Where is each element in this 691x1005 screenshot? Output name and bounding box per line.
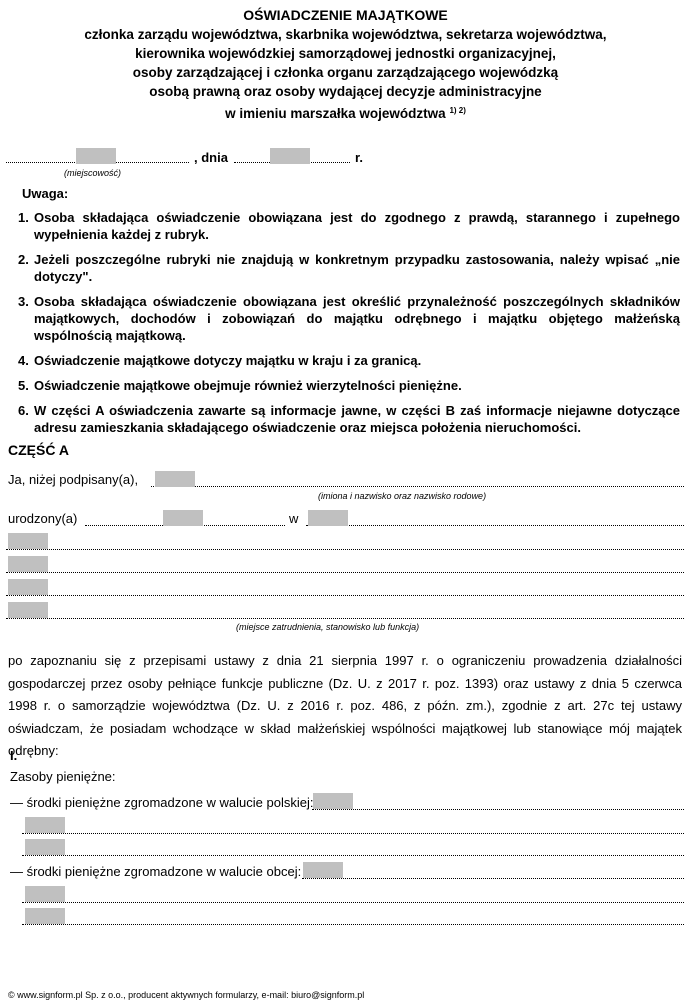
note-item: 5.Oświadczenie majątkowe obejmuje równie… <box>18 377 680 394</box>
pln-field-2[interactable] <box>25 817 65 833</box>
signed-line <box>151 486 684 487</box>
section-numeral: I. <box>10 748 17 763</box>
signed-name-field[interactable] <box>155 471 195 487</box>
year-suffix: r. <box>355 150 363 165</box>
foreign-label: — środki pieniężne zgromadzone w walucie… <box>10 864 301 879</box>
employment-field-2[interactable] <box>8 556 48 572</box>
pln-label: — środki pieniężne zgromadzone w walucie… <box>10 795 313 810</box>
signed-caption: (imiona i nazwisko oraz nazwisko rodowe) <box>318 491 486 501</box>
note-item: 4.Oświadczenie majątkowe dotyczy majątku… <box>18 352 680 369</box>
subtitle-line: kierownika wojewódzkiej samorządowej jed… <box>0 44 691 63</box>
note-item: 3.Osoba składająca oświadczenie obowiąza… <box>18 293 680 344</box>
footer-copyright: © www.signform.pl Sp. z o.o., producent … <box>8 990 364 1000</box>
notes-list: 1.Osoba składająca oświadczenie obowiąza… <box>18 209 680 436</box>
foreign-line <box>22 902 684 903</box>
employment-line <box>6 595 684 596</box>
employment-line <box>6 549 684 550</box>
employment-field-3[interactable] <box>8 579 48 595</box>
signed-label: Ja, niżej podpisany(a), <box>8 472 138 487</box>
note-item: 6.W części A oświadczenia zawarte są inf… <box>18 402 680 436</box>
foreign-field-3[interactable] <box>25 908 65 924</box>
born-in-label: w <box>289 511 298 526</box>
employment-line <box>6 618 684 619</box>
subtitle-line: osoby zarządzającej i członka organu zar… <box>0 63 691 82</box>
pln-field-3[interactable] <box>25 839 65 855</box>
pln-field-1[interactable] <box>313 793 353 809</box>
footnote-refs: 1) 2) <box>449 106 465 115</box>
note-item: 2.Jeżeli poszczególne rubryki nie znajdu… <box>18 251 680 285</box>
born-in-line <box>306 525 684 526</box>
born-date-field[interactable] <box>163 510 203 526</box>
subtitle-line: członka zarządu województwa, skarbnika w… <box>0 25 691 44</box>
foreign-line <box>302 878 684 879</box>
place-caption: (miejscowość) <box>64 168 121 178</box>
notes-heading: Uwaga: <box>22 186 68 201</box>
employment-field-4[interactable] <box>8 602 48 618</box>
part-a-heading: CZĘŚĆ A <box>8 442 69 458</box>
pln-line <box>22 833 684 834</box>
pln-line <box>22 855 684 856</box>
born-place-field[interactable] <box>308 510 348 526</box>
foreign-line <box>22 924 684 925</box>
employment-line <box>6 572 684 573</box>
declaration-paragraph: po zapoznaniu się z przepisami ustawy z … <box>8 650 682 763</box>
foreign-field-1[interactable] <box>303 862 343 878</box>
employment-caption: (miejsce zatrudnienia, stanowisko lub fu… <box>236 622 419 632</box>
foreign-field-2[interactable] <box>25 886 65 902</box>
document-title: OŚWIADCZENIE MAJĄTKOWE <box>0 6 691 25</box>
place-field[interactable] <box>76 148 116 164</box>
note-item: 1.Osoba składająca oświadczenie obowiąza… <box>18 209 680 243</box>
subtitle-line: osobą prawną oraz osoby wydającej decyzj… <box>0 82 691 101</box>
date-label: , dnia <box>194 150 228 165</box>
pln-line <box>312 809 684 810</box>
section-heading: Zasoby pieniężne: <box>10 769 116 784</box>
date-field[interactable] <box>270 148 310 164</box>
born-label: urodzony(a) <box>8 511 77 526</box>
subtitle-line: w imieniu marszałka województwa 1) 2) <box>0 101 691 123</box>
employment-field-1[interactable] <box>8 533 48 549</box>
document-header: OŚWIADCZENIE MAJĄTKOWE członka zarządu w… <box>0 6 691 123</box>
